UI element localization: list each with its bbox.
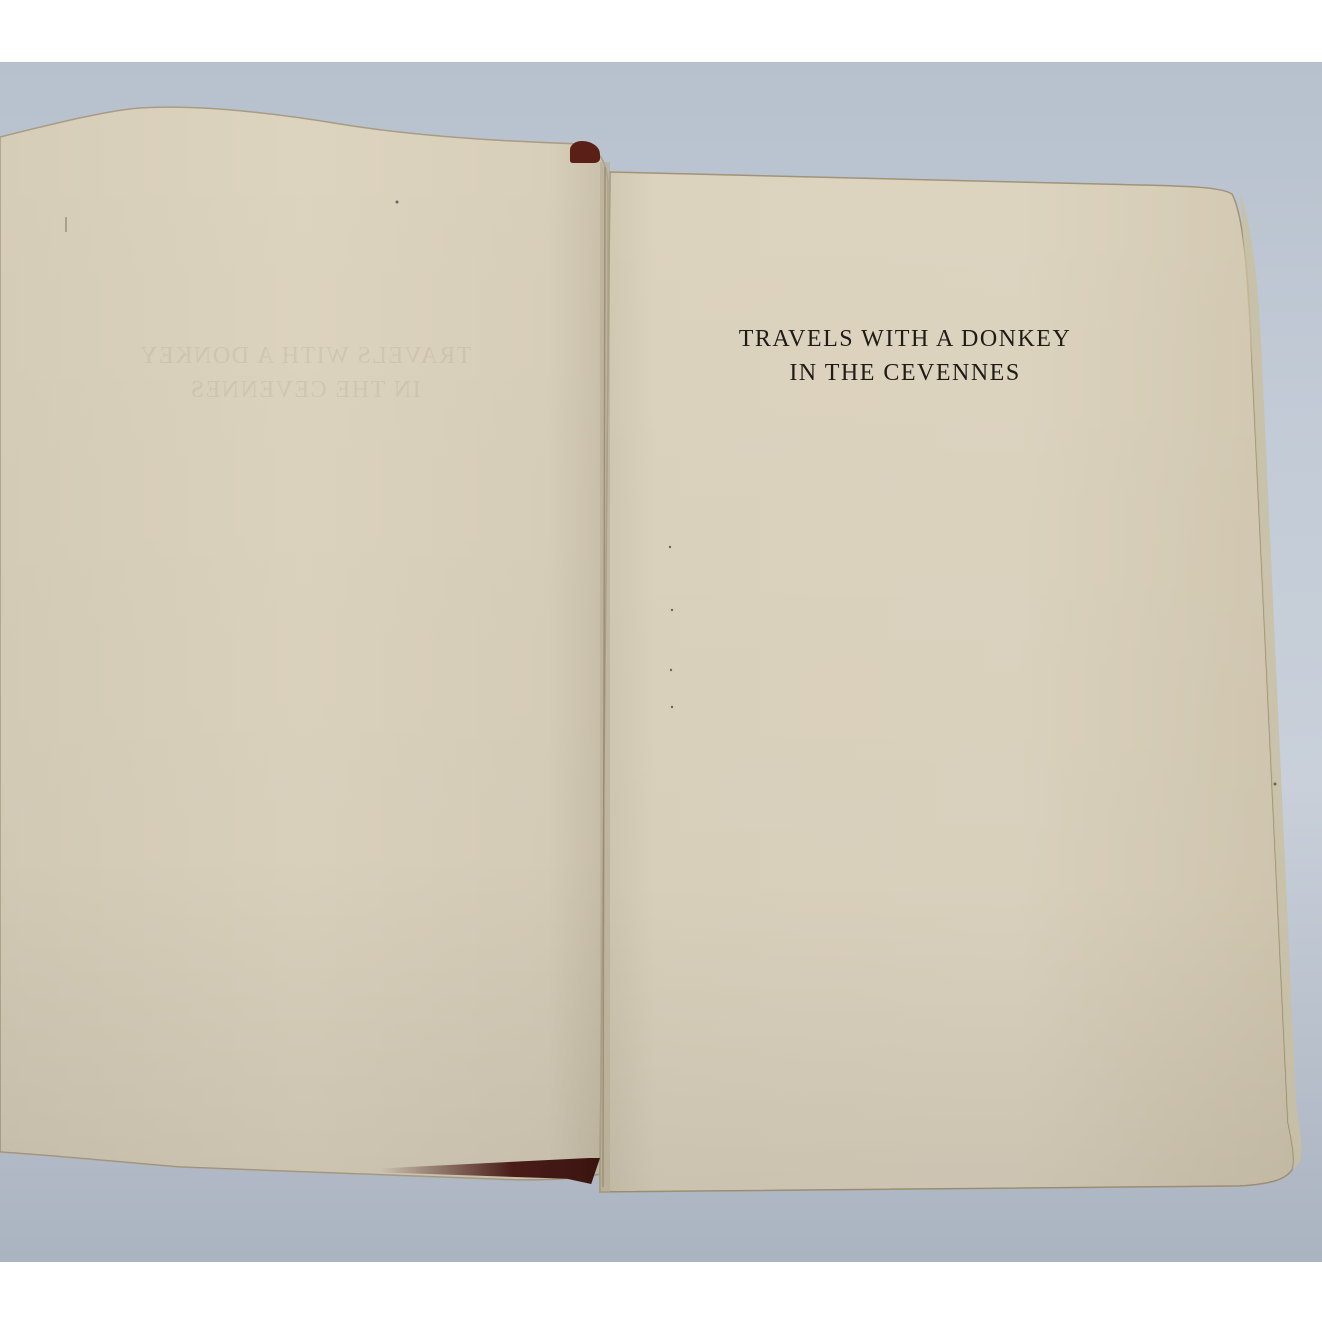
book-title: TRAVELS WITH A DONKEY IN THE CEVENNES — [700, 322, 1110, 390]
book-photo: TRAVELS WITH A DONKEY IN THE CEVENNES — [0, 62, 1322, 1262]
title-line-2: IN THE CEVENNES — [700, 356, 1110, 390]
image-frame: TRAVELS WITH A DONKEY IN THE CEVENNES TR… — [0, 0, 1322, 1322]
title-line-1: TRAVELS WITH A DONKEY — [700, 322, 1110, 356]
open-book — [0, 62, 1322, 1262]
show-through-text: TRAVELS WITH A DONKEY IN THE CEVENNES — [95, 339, 515, 407]
